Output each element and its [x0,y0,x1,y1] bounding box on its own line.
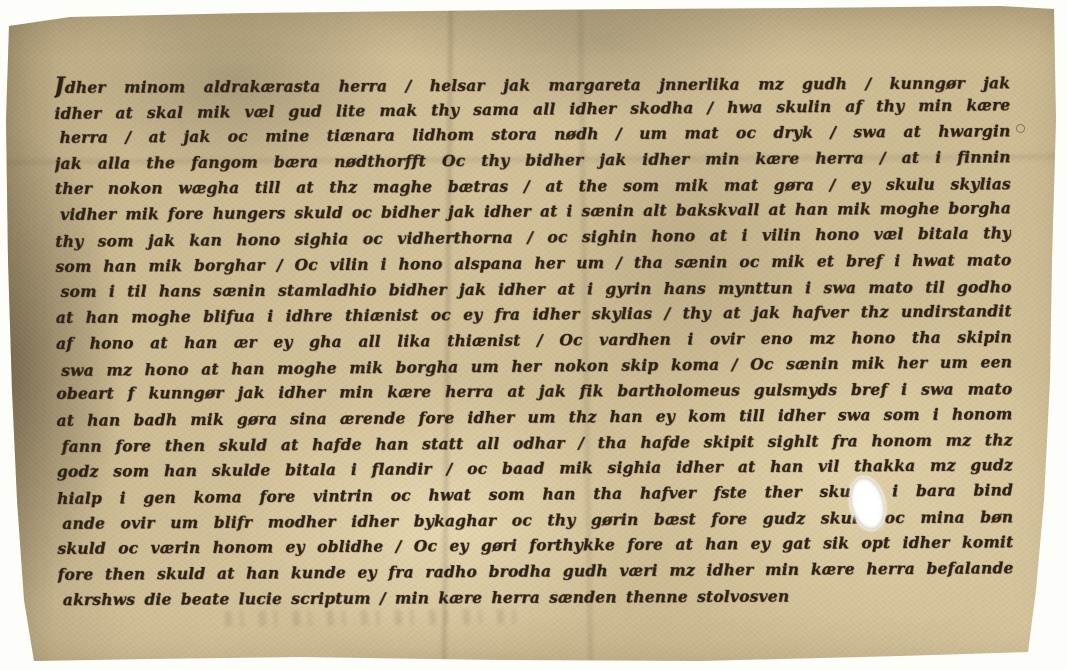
small-stain-mark [1016,124,1025,133]
ink-showthrough-marks [225,609,525,627]
handwritten-text-block: Jdher minom aldrakærasta herra / helsar … [54,67,1014,613]
manuscript-photo: Jdher minom aldrakærasta herra / helsar … [0,0,1067,670]
manuscript-text-line: fore then skuld at han kunde ey fra radh… [58,555,1014,587]
parchment-document: Jdher minom aldrakærasta herra / helsar … [0,0,1067,670]
manuscript-text-line: akrshws die beate lucie scriptum / min k… [58,583,790,612]
